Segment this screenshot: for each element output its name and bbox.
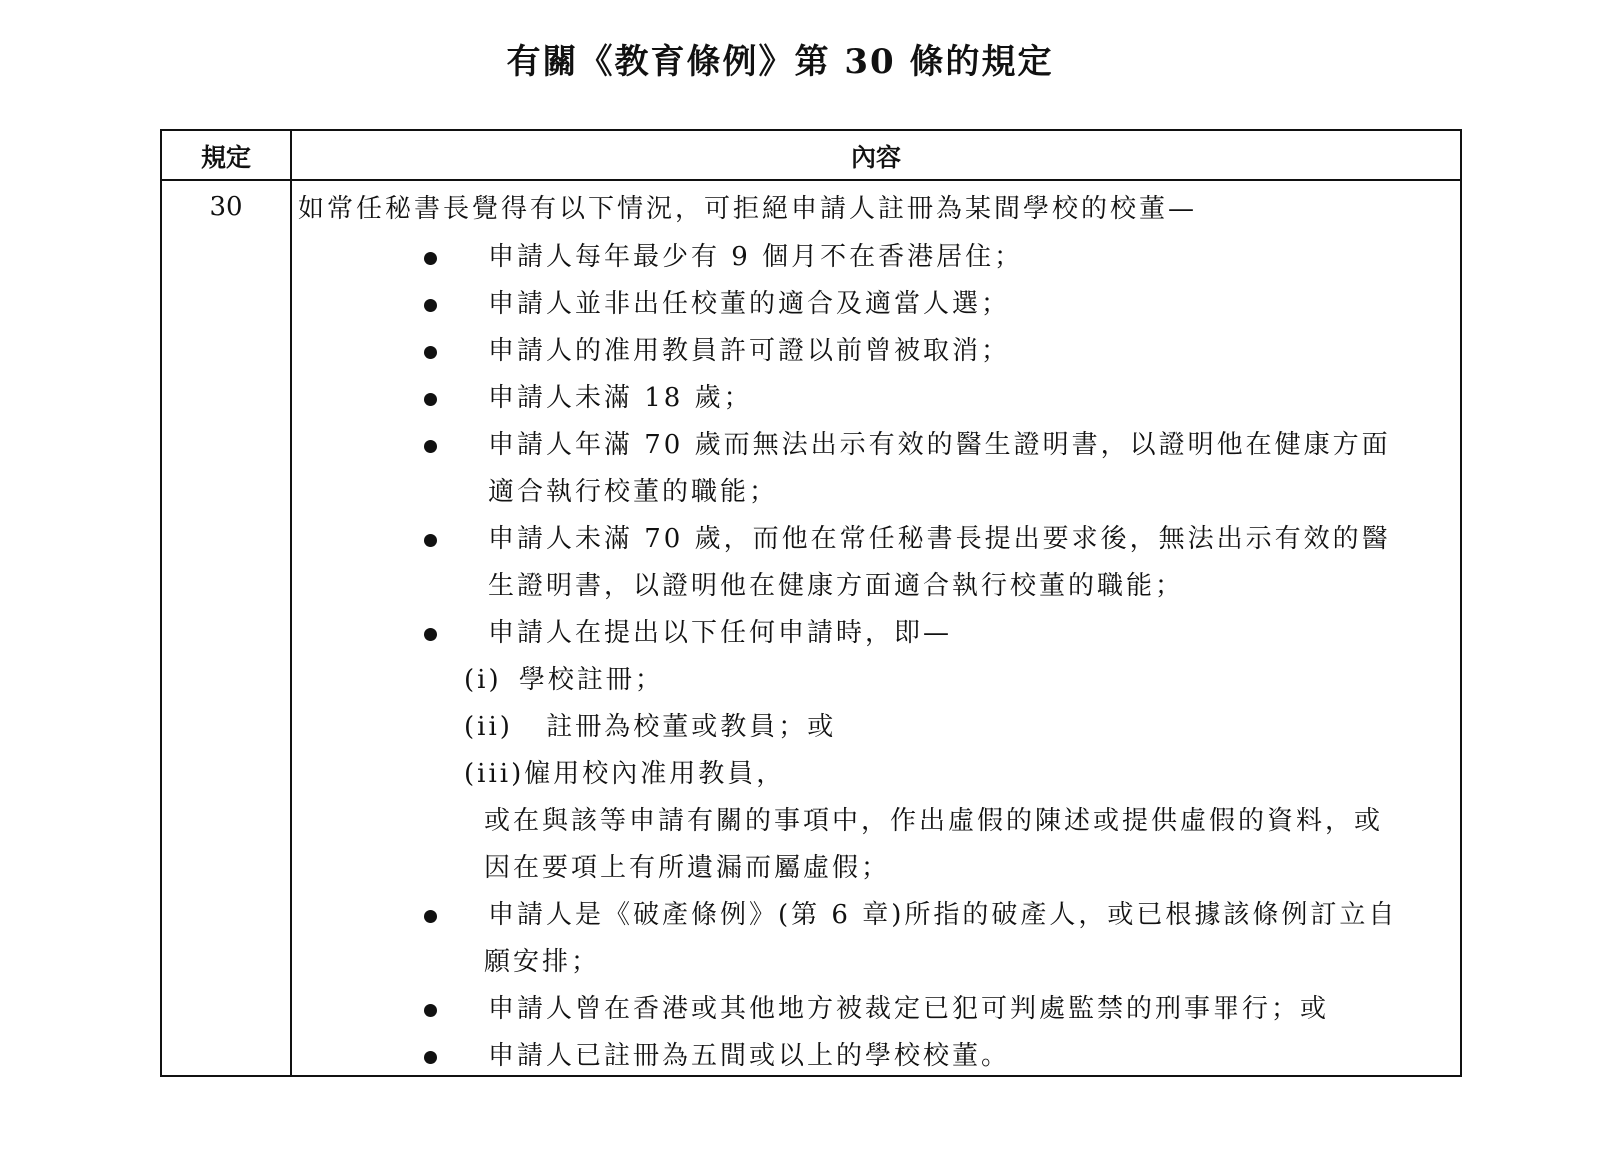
list-item: 申請人的准用教員許可證以前曾被取消； (488, 333, 1010, 369)
list-item-continuation: 生證明書，以證明他在健康方面適合執行校董的職能； (488, 568, 1184, 604)
rule-number: 30 (162, 189, 290, 225)
bullet-icon (424, 346, 437, 359)
bullet-icon (424, 252, 437, 265)
bullet-icon (424, 1051, 437, 1064)
sub-item: (iii)僱用校內准用教員， (464, 756, 785, 792)
bullet-icon (424, 910, 437, 923)
list-item: 申請人每年最少有 9 個月不在香港居住； (488, 239, 1023, 275)
sub-item-text: 學校註冊； (519, 665, 664, 695)
sub-item-text: 註冊為校董或教員；或 (546, 712, 836, 742)
sub-item: (i) 學校註冊； (464, 662, 664, 698)
list-item: 申請人在提出以下任何申請時，即— (488, 615, 952, 651)
list-item: 申請人曾在香港或其他地方被裁定已犯可判處監禁的刑事罪行；或 (488, 991, 1329, 1027)
bullet-icon (424, 534, 437, 547)
list-item-continuation: 或在與該等申請有關的事項中，作出虛假的陳述或提供虛假的資料，或 (484, 803, 1383, 839)
list-item-continuation: 因在要項上有所遺漏而屬虛假； (484, 850, 890, 886)
list-item-continuation: 適合執行校董的職能； (488, 474, 778, 510)
sub-item: (ii) 註冊為校董或教員；或 (464, 709, 836, 745)
sub-item-label: (ii) (464, 712, 513, 742)
bullet-icon (424, 440, 437, 453)
header-content: 內容 (292, 131, 1460, 179)
bullet-icon (424, 299, 437, 312)
column-divider (290, 131, 292, 1075)
intro-text: 如常任秘書長覺得有以下情況，可拒絕申請人註冊為某間學校的校董— (298, 191, 1197, 227)
header-rule: 規定 (162, 131, 290, 179)
document-title: 有關《教育條例》第 30 條的規定 (0, 38, 1560, 86)
list-item: 申請人是《破產條例》(第 6 章)所指的破產人，或已根據該條例訂立自 (488, 897, 1397, 933)
sub-item-label: (i) (464, 665, 502, 695)
list-item: 申請人未滿 18 歲； (488, 380, 753, 416)
list-item: 申請人未滿 70 歲，而他在常任秘書長提出要求後，無法出示有效的醫 (488, 521, 1391, 557)
bullet-icon (424, 393, 437, 406)
bullet-icon (424, 628, 437, 641)
header-row-divider (162, 179, 1460, 181)
list-item-continuation: 願安排； (484, 944, 600, 980)
sub-item-text: 僱用校內准用教員， (524, 759, 785, 789)
regulation-table: 規定 內容 30 如常任秘書長覺得有以下情況，可拒絕申請人註冊為某間學校的校董—… (160, 129, 1462, 1077)
list-item: 申請人已註冊為五間或以上的學校校董。 (488, 1038, 1010, 1074)
sub-item-label: (iii) (464, 759, 524, 789)
bullet-icon (424, 1004, 437, 1017)
list-item: 申請人年滿 70 歲而無法出示有效的醫生證明書，以證明他在健康方面 (488, 427, 1391, 463)
list-item: 申請人並非出任校董的適合及適當人選； (488, 286, 1010, 322)
